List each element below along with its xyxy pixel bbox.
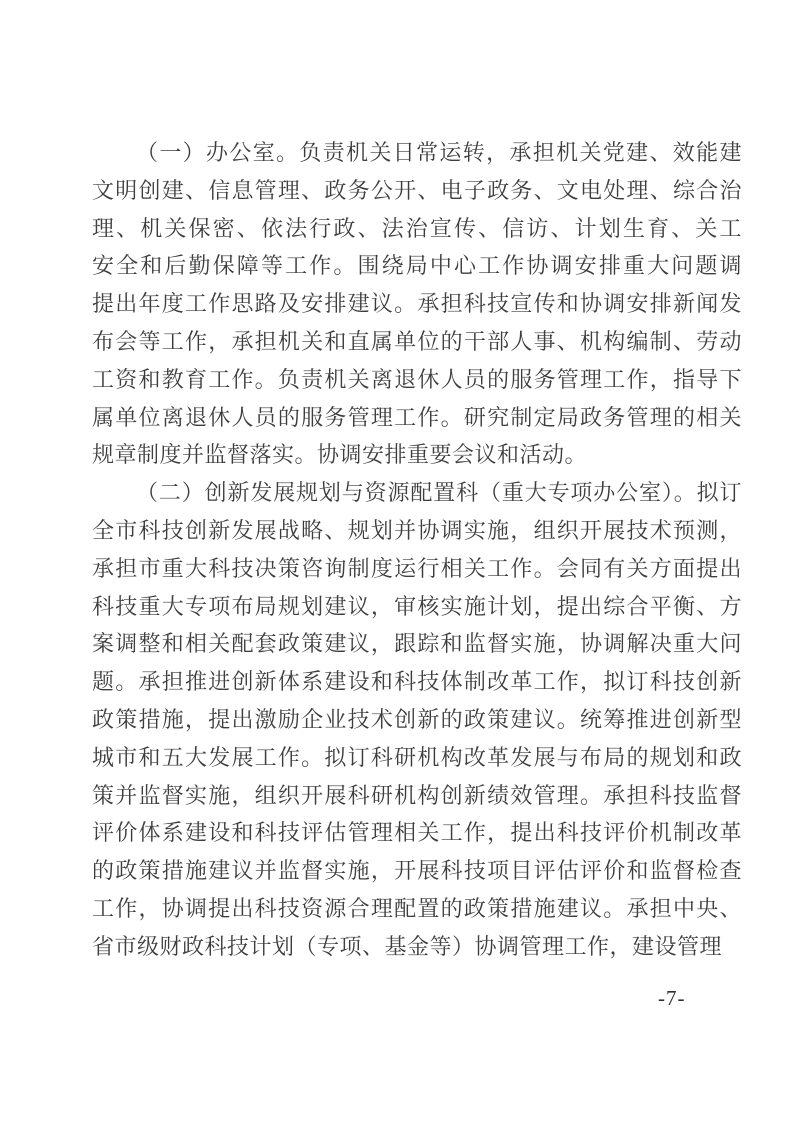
- text-line: 理、机关保密、依法行政、法治宣传、信访、计划生育、关工委、: [92, 210, 742, 248]
- text-line: 工作，协调提出科技资源合理配置的政策措施建议。承担中央、: [92, 890, 742, 928]
- text-line: 政策措施，提出激励企业技术创新的政策建议。统筹推进创新型: [92, 701, 742, 739]
- text-line: （二）创新发展规划与资源配置科（重大专项办公室）。拟订: [92, 474, 742, 512]
- text-line: 城市和五大发展工作。拟订科研机构改革发展与布局的规划和政: [92, 739, 742, 777]
- text-line: 科技重大专项布局规划建议，审核实施计划，提出综合平衡、方: [92, 588, 742, 626]
- page-number: -7-: [658, 986, 686, 1010]
- text-line: 省市级财政科技计划（专项、基金等）协调管理工作，建设管理: [92, 928, 742, 966]
- text-line: 工资和教育工作。负责机关离退休人员的服务管理工作，指导下: [92, 361, 742, 399]
- paragraph: （二）创新发展规划与资源配置科（重大专项办公室）。拟订全市科技创新发展战略、规划…: [92, 474, 742, 965]
- paragraph: （一）办公室。负责机关日常运转，承担机关党建、效能建设、文明创建、信息管理、政务…: [92, 134, 742, 474]
- text-line: 的政策措施建议并监督实施，开展科技项目评估评价和监督检查: [92, 852, 742, 890]
- text-line: 布会等工作，承担机关和直属单位的干部人事、机构编制、劳动: [92, 323, 742, 361]
- document-body: （一）办公室。负责机关日常运转，承担机关党建、效能建设、文明创建、信息管理、政务…: [92, 134, 742, 966]
- text-line: 安全和后勤保障等工作。围绕局中心工作协调安排重大问题调研，: [92, 247, 742, 285]
- text-line: 题。承担推进创新体系建设和科技体制改革工作，拟订科技创新: [92, 663, 742, 701]
- text-line: 提出年度工作思路及安排建议。承担科技宣传和协调安排新闻发: [92, 285, 742, 323]
- text-line: （一）办公室。负责机关日常运转，承担机关党建、效能建设、: [92, 134, 742, 172]
- text-line: 全市科技创新发展战略、规划并协调实施，组织开展技术预测，: [92, 512, 742, 550]
- document-page: （一）办公室。负责机关日常运转，承担机关党建、效能建设、文明创建、信息管理、政务…: [0, 0, 793, 1122]
- text-line: 策并监督实施，组织开展科研机构创新绩效管理。承担科技监督: [92, 777, 742, 815]
- text-line: 评价体系建设和科技评估管理相关工作，提出科技评价机制改革: [92, 814, 742, 852]
- text-line: 文明创建、信息管理、政务公开、电子政务、文电处理、综合治: [92, 172, 742, 210]
- text-line: 规章制度并监督落实。协调安排重要会议和活动。: [92, 436, 742, 474]
- text-line: 属单位离退休人员的服务管理工作。研究制定局政务管理的相关: [92, 399, 742, 437]
- text-line: 承担市重大科技决策咨询制度运行相关工作。会同有关方面提出: [92, 550, 742, 588]
- text-line: 案调整和相关配套政策建议，跟踪和监督实施，协调解决重大问: [92, 625, 742, 663]
